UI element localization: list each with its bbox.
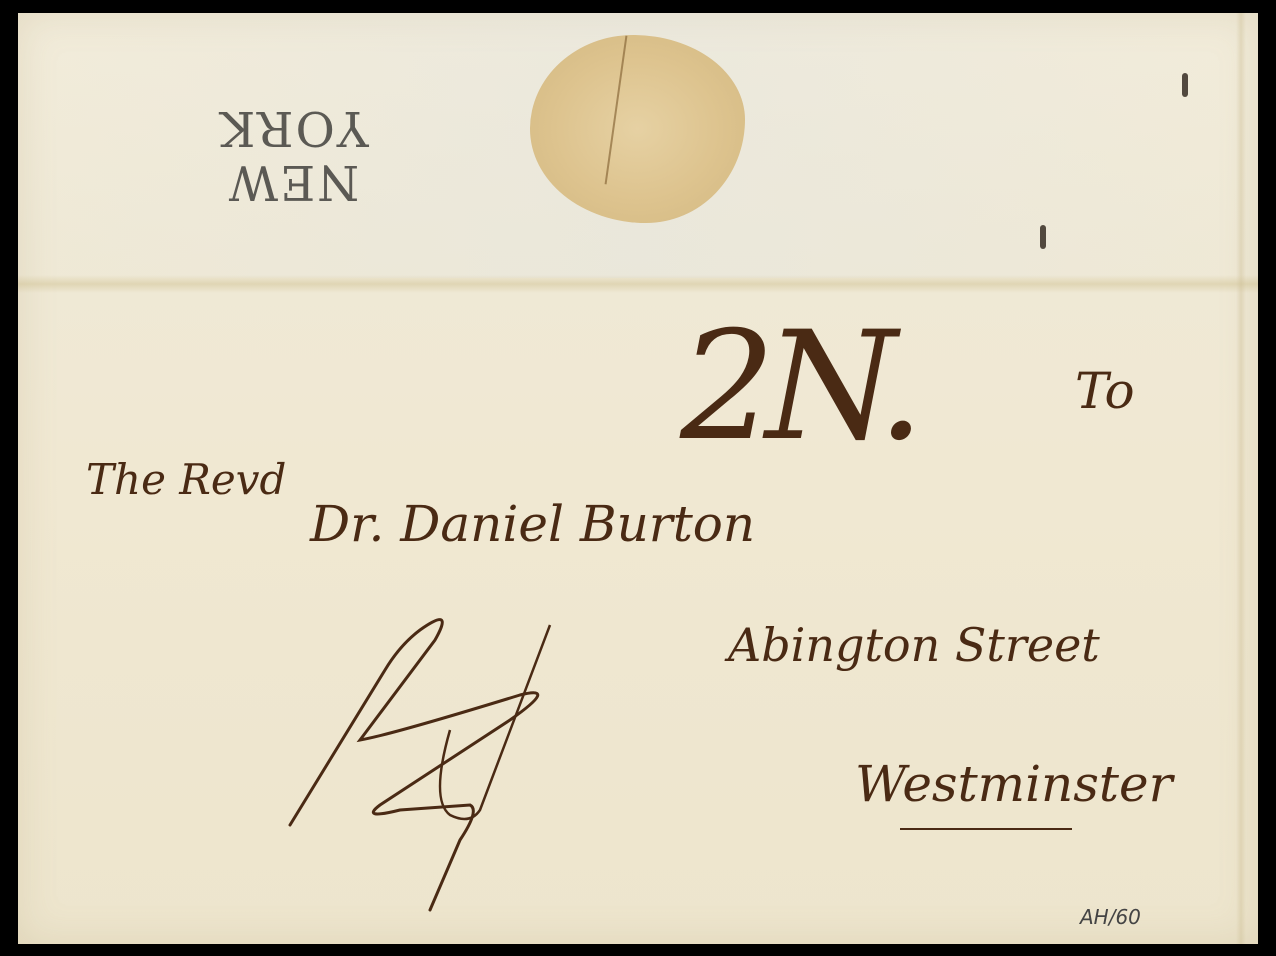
postmark-line1: NEW: [203, 155, 383, 209]
reference-note: AH/60: [1080, 905, 1141, 929]
seal-crack: [605, 36, 628, 185]
new-york-postmark: NEW YORK: [203, 79, 383, 209]
ink-mark: [1040, 225, 1046, 249]
to-marking: To: [1075, 362, 1135, 420]
postmark-line2: YORK: [203, 101, 383, 155]
docket-signature-flourish: [280, 600, 560, 920]
wax-seal-remnant: [530, 35, 745, 223]
address-street: Abington Street: [728, 618, 1100, 672]
vertical-fold: [1236, 13, 1246, 944]
horizontal-fold: [18, 275, 1258, 293]
address-name: Dr. Daniel Burton: [310, 495, 755, 553]
city-underline: [900, 828, 1072, 830]
address-title: The Revd: [86, 455, 286, 504]
ink-mark: [1182, 73, 1188, 97]
rate-marking: 2N.: [680, 300, 915, 474]
address-city: Westminster: [855, 755, 1173, 813]
